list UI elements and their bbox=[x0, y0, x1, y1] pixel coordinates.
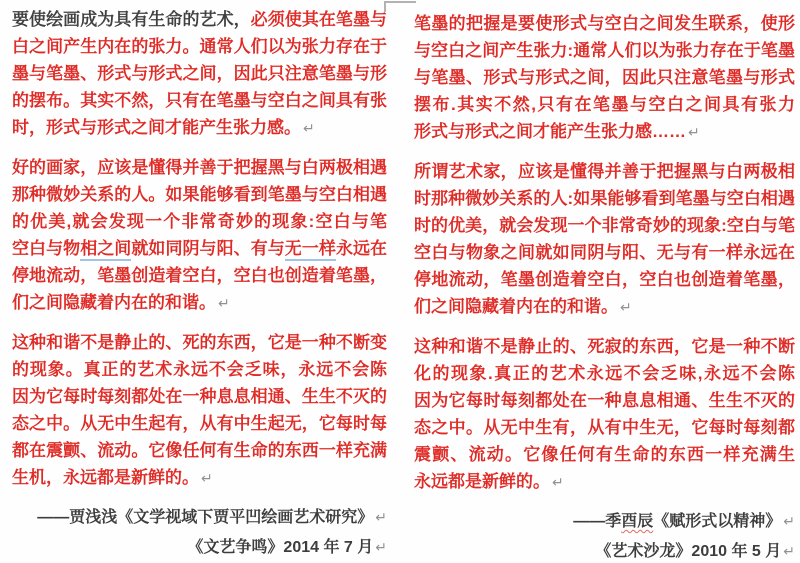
red-text: 们之间隐藏着内在的和谐。 bbox=[12, 293, 216, 312]
paragraph-return-mark: ↵ bbox=[686, 124, 700, 140]
grammar-underlined-text: 相之间 bbox=[80, 239, 131, 261]
left-paragraph-2: 好的画家，应该是懂得并善于把握黑与白两极相遇时 那种微妙关系的人。如果能够看到笔… bbox=[12, 154, 387, 316]
right-paragraph-1: 笔墨的把握是要使形式与空白之间发生联系，使形式 与空白之间产生张力:通常人们以为… bbox=[414, 10, 795, 145]
text-line: 摆布.其实不然,只有在笔墨与空白之间具有张力时， bbox=[414, 91, 795, 118]
left-paragraph-1: 要使绘画成为具有生命的艺术，必须使其在笔墨与空 白之间产生内在的张力。通常人们以… bbox=[12, 6, 387, 141]
text-line: 都在震颤、流动。它像任何有生命的东西一样充满微 bbox=[12, 437, 387, 464]
red-text: 们之间隐藏着内在的和谐。 bbox=[414, 297, 618, 316]
text-line: 震颤、流动。它像任何有生命的东西一样充满生机， bbox=[414, 441, 795, 468]
left-source: 《文艺争鸣》2014 年 7 月↵ bbox=[12, 534, 387, 561]
black-lead-text: 要使绘画成为具有生命的艺术， bbox=[12, 10, 251, 29]
attribution-text: ——贾浅浅《文学视域下贾平凹绘画艺术研究》 bbox=[37, 509, 373, 526]
source-text: 《文艺争鸣》2014 年 7 月 bbox=[187, 539, 373, 556]
grammar-underlined-text: 无一样 bbox=[285, 239, 336, 261]
text-line: 停地流动，笔墨创造着空白，空白也创造着笔墨，它 bbox=[12, 262, 387, 289]
left-attribution: ——贾浅浅《文学视域下贾平凹绘画艺术研究》↵ bbox=[12, 504, 387, 531]
text-line: 因为它每时每刻都处在一种息息相通、生生不灭的状 bbox=[12, 383, 387, 410]
right-source: 《艺术沙龙》2010 年 5 月↵ bbox=[414, 538, 795, 563]
text-line: 们之间隐藏着内在的和谐。↵ bbox=[12, 289, 387, 316]
red-text: 空白与物 bbox=[12, 239, 80, 258]
right-paragraph-2: 所谓艺术家，应该是懂得并善于把握黑与白两极相遇 时那种微妙关系的人:如果能够看到… bbox=[414, 158, 795, 320]
text-line: 们之间隐藏着内在的和谐。↵ bbox=[414, 293, 795, 320]
text-line: 永远都是新鲜的。↵ bbox=[414, 468, 795, 495]
text-line: 与笔墨、形式与形式之间，因此只注意笔墨与形式的 bbox=[414, 64, 795, 91]
right-paragraph-3: 这种和谐不是静止的、死寂的东西，它是一种不断变 化的现象.真正的艺术永远不会乏味… bbox=[414, 333, 795, 495]
source-text: 《艺术沙龙》2010 年 5 月 bbox=[595, 543, 781, 560]
text-line: 的优美,就会发现一个非常奇妙的现象:空白与笔墨、 bbox=[12, 208, 387, 235]
paragraph-return-mark: ↵ bbox=[373, 509, 387, 525]
red-text: 形式与形式之间才能产生张力感…… bbox=[414, 122, 686, 141]
paragraph-return-mark: ↵ bbox=[618, 299, 632, 315]
text-line: 好的画家，应该是懂得并善于把握黑与白两极相遇时 bbox=[12, 154, 387, 181]
right-document[interactable]: 笔墨的把握是要使形式与空白之间发生联系，使形式 与空白之间产生张力:通常人们以为… bbox=[400, 0, 800, 563]
text-line: 形式与形式之间才能产生张力感……↵ bbox=[414, 118, 795, 145]
paragraph-return-mark: ↵ bbox=[199, 470, 213, 486]
right-attribution: ——季酉辰《赋形式以精神》↵ bbox=[414, 508, 795, 535]
text-line: 的摆布。其实不然，只有在笔墨与空白之间具有张力 bbox=[12, 87, 387, 114]
text-line: 笔墨的把握是要使形式与空白之间发生联系，使形式 bbox=[414, 10, 795, 37]
text-line: 墨与笔墨、形式与形式之间，因此只注意笔墨与形式 bbox=[12, 60, 387, 87]
text-line: 这种和谐不是静止的、死寂的东西，它是一种不断变 bbox=[414, 333, 795, 360]
red-text: 就如同阴与阳、有与 bbox=[131, 239, 284, 258]
text-line: 态之中。从无中生起有，从有中生起无，它每时每刻 bbox=[12, 410, 387, 437]
attribution-text: 《赋形式以精神》 bbox=[653, 513, 781, 530]
paragraph-return-mark: ↵ bbox=[216, 295, 230, 311]
text-line: 这种和谐不是静止的、死的东西，它是一种不断变化 bbox=[12, 329, 387, 356]
left-paragraph-3: 这种和谐不是静止的、死的东西，它是一种不断变化 的现象。真正的艺术永远不会乏味，… bbox=[12, 329, 387, 491]
paragraph-return-mark: ↵ bbox=[781, 543, 795, 559]
document-page: 要使绘画成为具有生命的艺术，必须使其在笔墨与空 白之间产生内在的张力。通常人们以… bbox=[0, 0, 800, 563]
text-line: 化的现象.真正的艺术永远不会乏味,永远不会陈腐， bbox=[414, 360, 795, 387]
text-line: 的现象。真正的艺术永远不会乏味，永远不会陈腐， bbox=[12, 356, 387, 383]
paragraph-return-mark: ↵ bbox=[781, 513, 795, 529]
paragraph-return-mark: ↵ bbox=[550, 474, 564, 490]
text-line-with-grammar-underlines: 空白与物相之间就如同阴与阳、有与无一样永远在不 bbox=[12, 235, 387, 262]
text-line: 因为它每时每刻都处在一种息息相通、生生不灭的状 bbox=[414, 387, 795, 414]
red-text: 时，形式与形式之间才能产生张力感。 bbox=[12, 118, 301, 137]
paragraph-return-mark: ↵ bbox=[373, 539, 387, 555]
text-line: 所谓艺术家，应该是懂得并善于把握黑与白两极相遇 bbox=[414, 158, 795, 185]
paragraph-return-mark: ↵ bbox=[301, 120, 315, 136]
text-line: 那种微妙关系的人。如果能够看到笔墨与空白相遇时 bbox=[12, 181, 387, 208]
text-line: 空白与物象之间就如同阴与阳、无与有一样永远在不 bbox=[414, 239, 795, 266]
text-line: 态之中。从无中生有，从有中生无，它每时每刻都在 bbox=[414, 414, 795, 441]
attribution-text: ——季 bbox=[573, 513, 621, 530]
spellcheck-underlined-text: 酉辰 bbox=[621, 513, 653, 530]
text-line: 时的优美，就会发现一个非常奇妙的现象:空白与笔墨、 bbox=[414, 212, 795, 239]
text-line: 要使绘画成为具有生命的艺术，必须使其在笔墨与空 bbox=[12, 6, 387, 33]
page-boundary-corner-mark bbox=[384, 1, 416, 12]
left-document[interactable]: 要使绘画成为具有生命的艺术，必须使其在笔墨与空 白之间产生内在的张力。通常人们以… bbox=[0, 0, 400, 563]
text-line: 生机，永远都是新鲜的。↵ bbox=[12, 464, 387, 491]
text-line: 白之间产生内在的张力。通常人们以为张力存在于笔 bbox=[12, 33, 387, 60]
red-text: 生机，永远都是新鲜的。 bbox=[12, 468, 199, 487]
text-line: 时，形式与形式之间才能产生张力感。↵ bbox=[12, 114, 387, 141]
text-line: 时那种微妙关系的人:如果能够看到笔墨与空白相遇 bbox=[414, 185, 795, 212]
text-line: 与空白之间产生张力:通常人们以为张力存在于笔墨 bbox=[414, 37, 795, 64]
two-column-layout: 要使绘画成为具有生命的艺术，必须使其在笔墨与空 白之间产生内在的张力。通常人们以… bbox=[0, 0, 800, 563]
text-line: 停地流动，笔墨创造着空白，空白也创造着笔墨，它 bbox=[414, 266, 795, 293]
red-text: 永远都是新鲜的。 bbox=[414, 472, 550, 491]
